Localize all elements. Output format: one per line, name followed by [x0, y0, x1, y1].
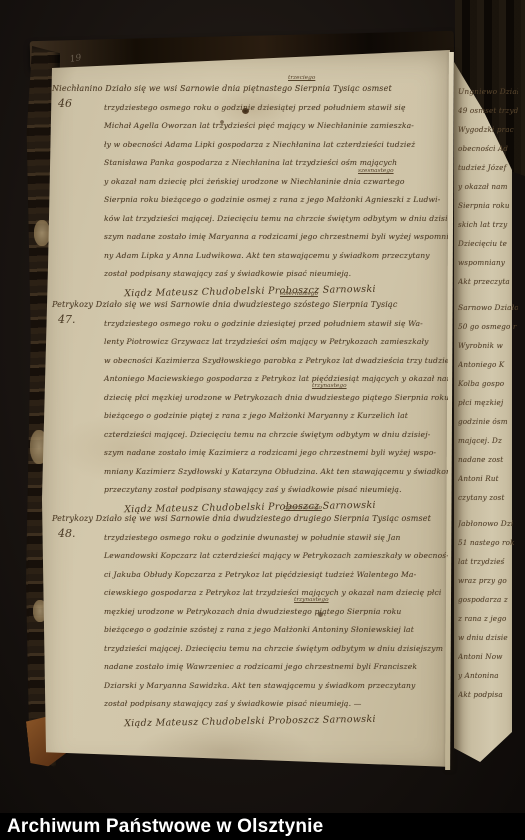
handwriting-line: 49 osmset trzydzie	[458, 101, 518, 120]
handwriting-line: szym nadane zostało imię Maryanna a rodz…	[104, 228, 448, 247]
handwriting-line: 50 go osmego r	[458, 317, 518, 336]
handwriting-line: Dziarski y Maryanna Sawidzka. Akt ten st…	[104, 677, 448, 696]
handwriting-line: przeczytany został podpisany stawający z…	[104, 481, 448, 500]
handwriting-line: Wyrobnik w	[458, 336, 518, 355]
handwriting-line: godzinie ósm	[458, 412, 518, 431]
handwriting-line: Akt podpisa	[458, 685, 518, 704]
interlinear-correction: trzynastego	[294, 597, 329, 603]
handwriting-line: ciewskiego gospodarza z Petrykoz lat trz…	[104, 584, 448, 603]
handwriting-line: męzkiej urodzone w Petrykozach dnia dwud…	[104, 603, 448, 622]
handwriting-line: lat trzydzieś	[458, 552, 518, 571]
handwriting-line: y okazał nam dziecię płci żeńskiej urodz…	[104, 173, 448, 192]
handwriting-line: szym nadane zostało imię Kazimierz a rod…	[104, 444, 448, 463]
handwriting-line: został podpisany stawający zaś y świadko…	[104, 265, 448, 284]
handwriting-line: Kolba gospo	[458, 374, 518, 393]
archival-scan-photo: 19 46 Niechłanino Działo się we wsi Sarn…	[0, 0, 525, 840]
handwriting-line: został podpisany stawający zaś y świadko…	[104, 695, 448, 714]
handwriting-line: Stanisława Panka gospodarza z Niechłanin…	[104, 154, 448, 173]
handwriting-line: Lewandowski Kopczarz lat czterdzieści ma…	[104, 547, 448, 566]
handwriting-line: Antoniego K	[458, 355, 518, 374]
handwriting-line: Michał Agella Oworzan lat trzydzieści pi…	[104, 117, 448, 136]
caption-bar: Archiwum Państwowe w Olsztynie	[0, 813, 525, 840]
handwriting-line: mającej. Dz	[458, 431, 518, 450]
handwriting-line: Jabłonowo Dzi	[458, 514, 518, 533]
interlinear-correction: czternastego	[284, 505, 322, 511]
handwriting-line: Wygodzki prac	[458, 120, 518, 139]
entry-number: 47.	[58, 313, 76, 326]
handwriting-line: z rana z jego	[458, 609, 518, 628]
facing-page-fragment-50: Sarnowo Działo50 go osmego rWyrobnik wAn…	[458, 298, 518, 510]
archive-name-caption: Archiwum Państwowe w Olsztynie	[0, 813, 525, 840]
handwriting-line: trzydziestego osmego roku o godzinie dzi…	[104, 99, 448, 118]
handwriting-line: Sierpnia roku bieżącego o godzinie osmej…	[104, 191, 448, 210]
handwriting-line: Petrykozy Działo się we wsi Sarnowie dni…	[52, 296, 448, 315]
handwriting-line: bieżącego o godzinie piątej z rana z jeg…	[104, 407, 448, 426]
handwriting-line: skich lat trzy	[458, 215, 518, 234]
handwriting-line: lenty Piotrowicz Grzywacz lat trzydzieśc…	[104, 333, 448, 352]
handwriting-line: Akt przeczyta	[458, 272, 518, 291]
entry-text: Petrykozy Działo się we wsi Sarnowie dni…	[50, 510, 448, 714]
handwriting-line: Sarnowo Działo	[458, 298, 518, 317]
handwriting-line: trzydziestego osmego roku o godzinie dzi…	[104, 315, 448, 334]
handwriting-line: Dziecięciu te	[458, 234, 518, 253]
handwriting-line: Sierpnia roku	[458, 196, 518, 215]
interlinear-correction: czternastego	[280, 291, 318, 297]
handwriting-line: Antoniego Maciewskiego gospodarza z Petr…	[104, 370, 448, 389]
handwriting-line: y okazał nam	[458, 177, 518, 196]
handwriting-line: czterdzieści mającej. Dziecięciu temu na…	[104, 426, 448, 445]
handwriting-line: nadane zost	[458, 450, 518, 469]
interlinear-correction: szesnastego	[358, 168, 394, 174]
handwriting-line: bieżącego o godzinie szóstej z rana z je…	[104, 621, 448, 640]
handwriting-line: gospodarza z	[458, 590, 518, 609]
handwriting-line: ny Adam Lipka y Anna Ludwikowa. Akt ten …	[104, 247, 448, 266]
handwriting-line: czytany zost	[458, 488, 518, 507]
handwriting-line: obecności Ad	[458, 139, 518, 158]
handwriting-line: wspomniany	[458, 253, 518, 272]
handwriting-line: dziecię płci męzkiej urodzone w Petrykoz…	[104, 389, 448, 408]
entry-number: 46	[58, 97, 72, 110]
birth-record-entry-46: 46 Niechłanino Działo się we wsi Sarnowi…	[50, 80, 450, 297]
handwriting-line: ci Jakuba Obłudy Kopczarza z Petrykoz la…	[104, 566, 448, 585]
handwriting-line: Ungniewo Działo	[458, 82, 518, 101]
handwriting-line: w dniu dzisie	[458, 628, 518, 647]
facing-page-fragment-51: Jabłonowo Dzi51 nastego roklat trzydzieś…	[458, 514, 518, 712]
handwriting-line: Antoni Now	[458, 647, 518, 666]
birth-record-entry-47: 47. Petrykozy Działo się we wsi Sarnowie…	[50, 296, 450, 513]
birth-record-entry-48: 48. Petrykozy Działo się we wsi Sarnowie…	[50, 510, 450, 727]
facing-page-fragment-49: Ungniewo Działo49 osmset trzydzieWygodzk…	[458, 82, 518, 294]
interlinear-correction: trzeciego	[288, 75, 315, 81]
entry-number: 48.	[58, 527, 76, 540]
handwriting-line: Niechłanino Działo się we wsi Sarnowie d…	[52, 80, 448, 99]
handwriting-line: 51 nastego rok	[458, 533, 518, 552]
handwriting-line: mniany Kazimierz Szydłowski y Katarzyna …	[104, 463, 448, 482]
pencil-annotation: 19	[69, 53, 82, 65]
handwriting-line: tudzież Józef	[458, 158, 518, 177]
handwriting-line: trzydziestego osmego roku o godzinie dwu…	[104, 529, 448, 548]
handwriting-line: Antoni Rut	[458, 469, 518, 488]
handwriting-line: ków lat trzydzieści mającej. Dziecięciu …	[104, 210, 448, 229]
handwriting-line: nadane zostało imię Wawrzeniec a rodzica…	[104, 658, 448, 677]
handwriting-line: płci męzkiej	[458, 393, 518, 412]
entry-text: Petrykozy Działo się we wsi Sarnowie dni…	[50, 296, 448, 500]
entry-text: Niechłanino Działo się we wsi Sarnowie d…	[50, 80, 448, 284]
handwriting-line: w obecności Kazimierza Szydłowskiego par…	[104, 352, 448, 371]
handwriting-line: trzydzieści mającej. Dziecięciu temu na …	[104, 640, 448, 659]
handwriting-line: wraz przy go	[458, 571, 518, 590]
handwriting-line: y Antonina	[458, 666, 518, 685]
handwriting-line: ły w obecności Adama Lipki gospodarza z …	[104, 136, 448, 155]
handwriting-line: Petrykozy Działo się we wsi Sarnowie dni…	[52, 510, 448, 529]
spine-wear-patch	[34, 220, 50, 246]
interlinear-correction: trzynastego	[312, 383, 347, 389]
